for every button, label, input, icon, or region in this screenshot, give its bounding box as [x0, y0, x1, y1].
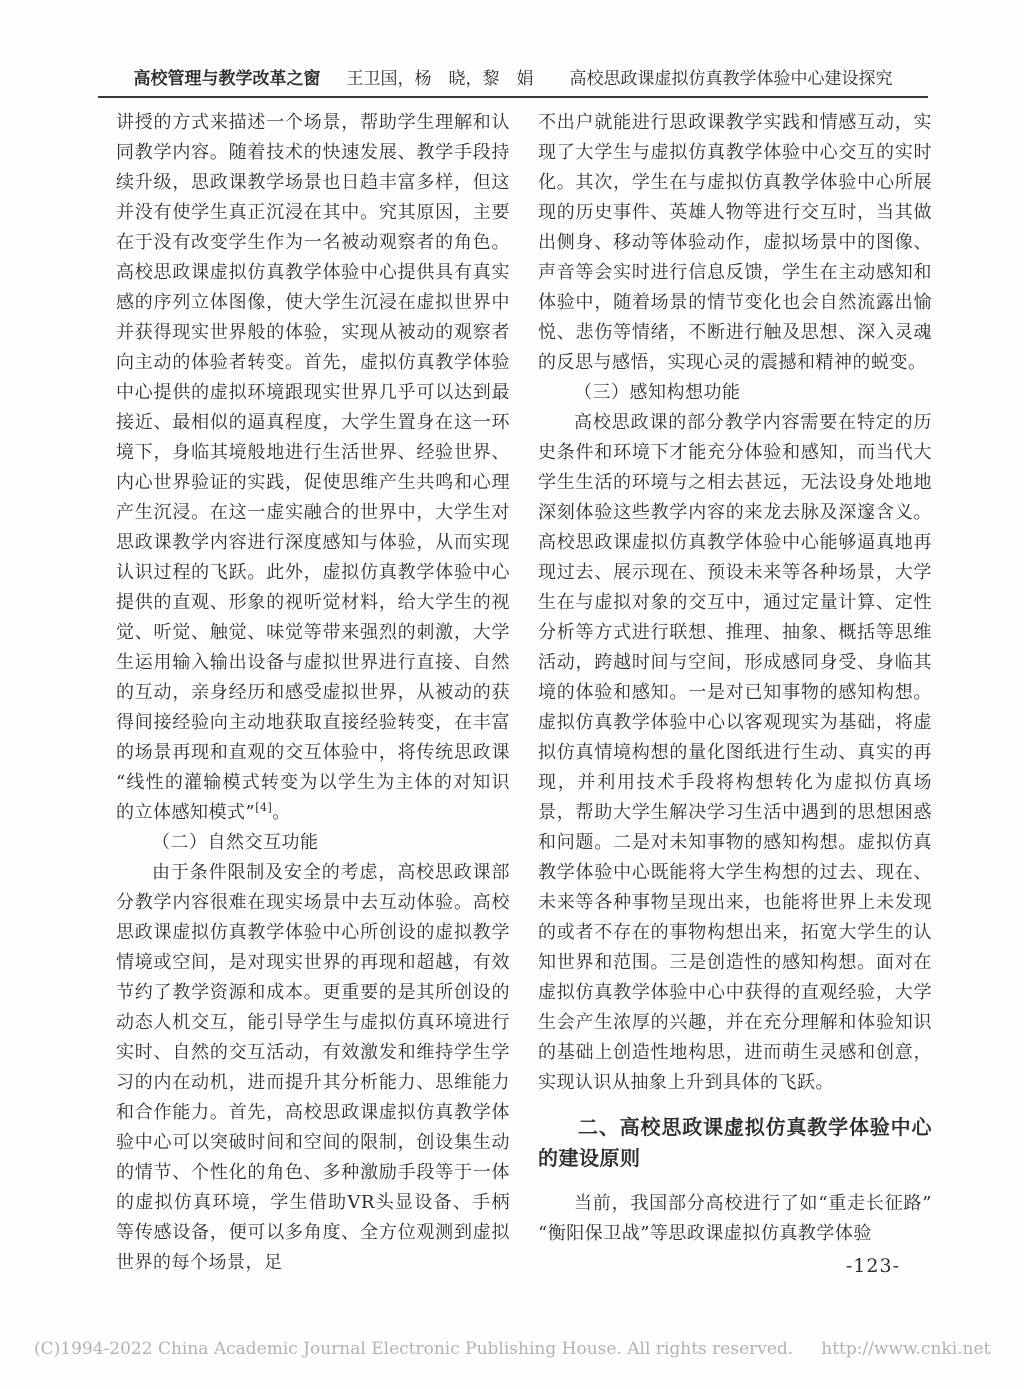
paragraph: 由于条件限制及安全的考虑，高校思政课部分教学内容很难在现实场景中去互动体验。高校…: [116, 858, 510, 1278]
page-number: -123-: [538, 1255, 932, 1277]
journal-section-name: 高校管理与教学改革之窗: [134, 69, 321, 89]
subsection-heading-3: （三）感知构想功能: [538, 378, 932, 408]
header-rule: [98, 96, 928, 98]
paragraph-continuation: 不出户就能进行思政课教学实践和情感互动，实现了大学生与虚拟仿真教学体验中心交互的…: [538, 108, 932, 378]
right-column: 不出户就能进行思政课教学实践和情感互动，实现了大学生与虚拟仿真教学体验中心交互的…: [538, 108, 932, 1278]
left-column: 讲授的方式来描述一个场景，帮助学生理解和认同教学内容。随着技术的快速发展、教学手…: [116, 108, 510, 1278]
journal-page: 高校管理与教学改革之窗王卫国，杨 晓，黎 娟高校思政课虚拟仿真教学体验中心建设探…: [0, 0, 1024, 1389]
copyright-text: (C)1994-2022 China Academic Journal Elec…: [34, 1339, 793, 1359]
cnki-url: http://www.cnki.net: [821, 1339, 990, 1359]
authors: 王卫国，杨 晓，黎 娟: [347, 69, 534, 89]
article-title: 高校思政课虚拟仿真教学体验中心建设探究: [570, 69, 893, 89]
paragraph: 高校思政课的部分教学内容需要在特定的历史条件和环境下才能充分体验和感知，而当代大…: [538, 408, 932, 1098]
article-body: 讲授的方式来描述一个场景，帮助学生理解和认同教学内容。随着技术的快速发展、教学手…: [116, 108, 932, 1278]
paragraph-continuation: 讲授的方式来描述一个场景，帮助学生理解和认同教学内容。随着技术的快速发展、教学手…: [116, 108, 510, 828]
paragraph: 当前，我国部分高校进行了如“重走长征路”“衡阳保卫战”等思政课虚拟仿真教学体验: [538, 1189, 932, 1249]
section-heading: 二、高校思政课虚拟仿真教学体验中心的建设原则: [538, 1112, 932, 1174]
running-head: 高校管理与教学改革之窗王卫国，杨 晓，黎 娟高校思政课虚拟仿真教学体验中心建设探…: [98, 64, 928, 89]
subsection-heading-2: （二）自然交互功能: [116, 828, 510, 858]
citation-reference-4: [4]: [255, 801, 272, 814]
paragraph-text: 。: [272, 802, 291, 823]
copyright-footer: (C)1994-2022 China Academic Journal Elec…: [34, 1339, 994, 1359]
paragraph-text: 讲授的方式来描述一个场景，帮助学生理解和认同教学内容。随着技术的快速发展、教学手…: [116, 112, 510, 823]
